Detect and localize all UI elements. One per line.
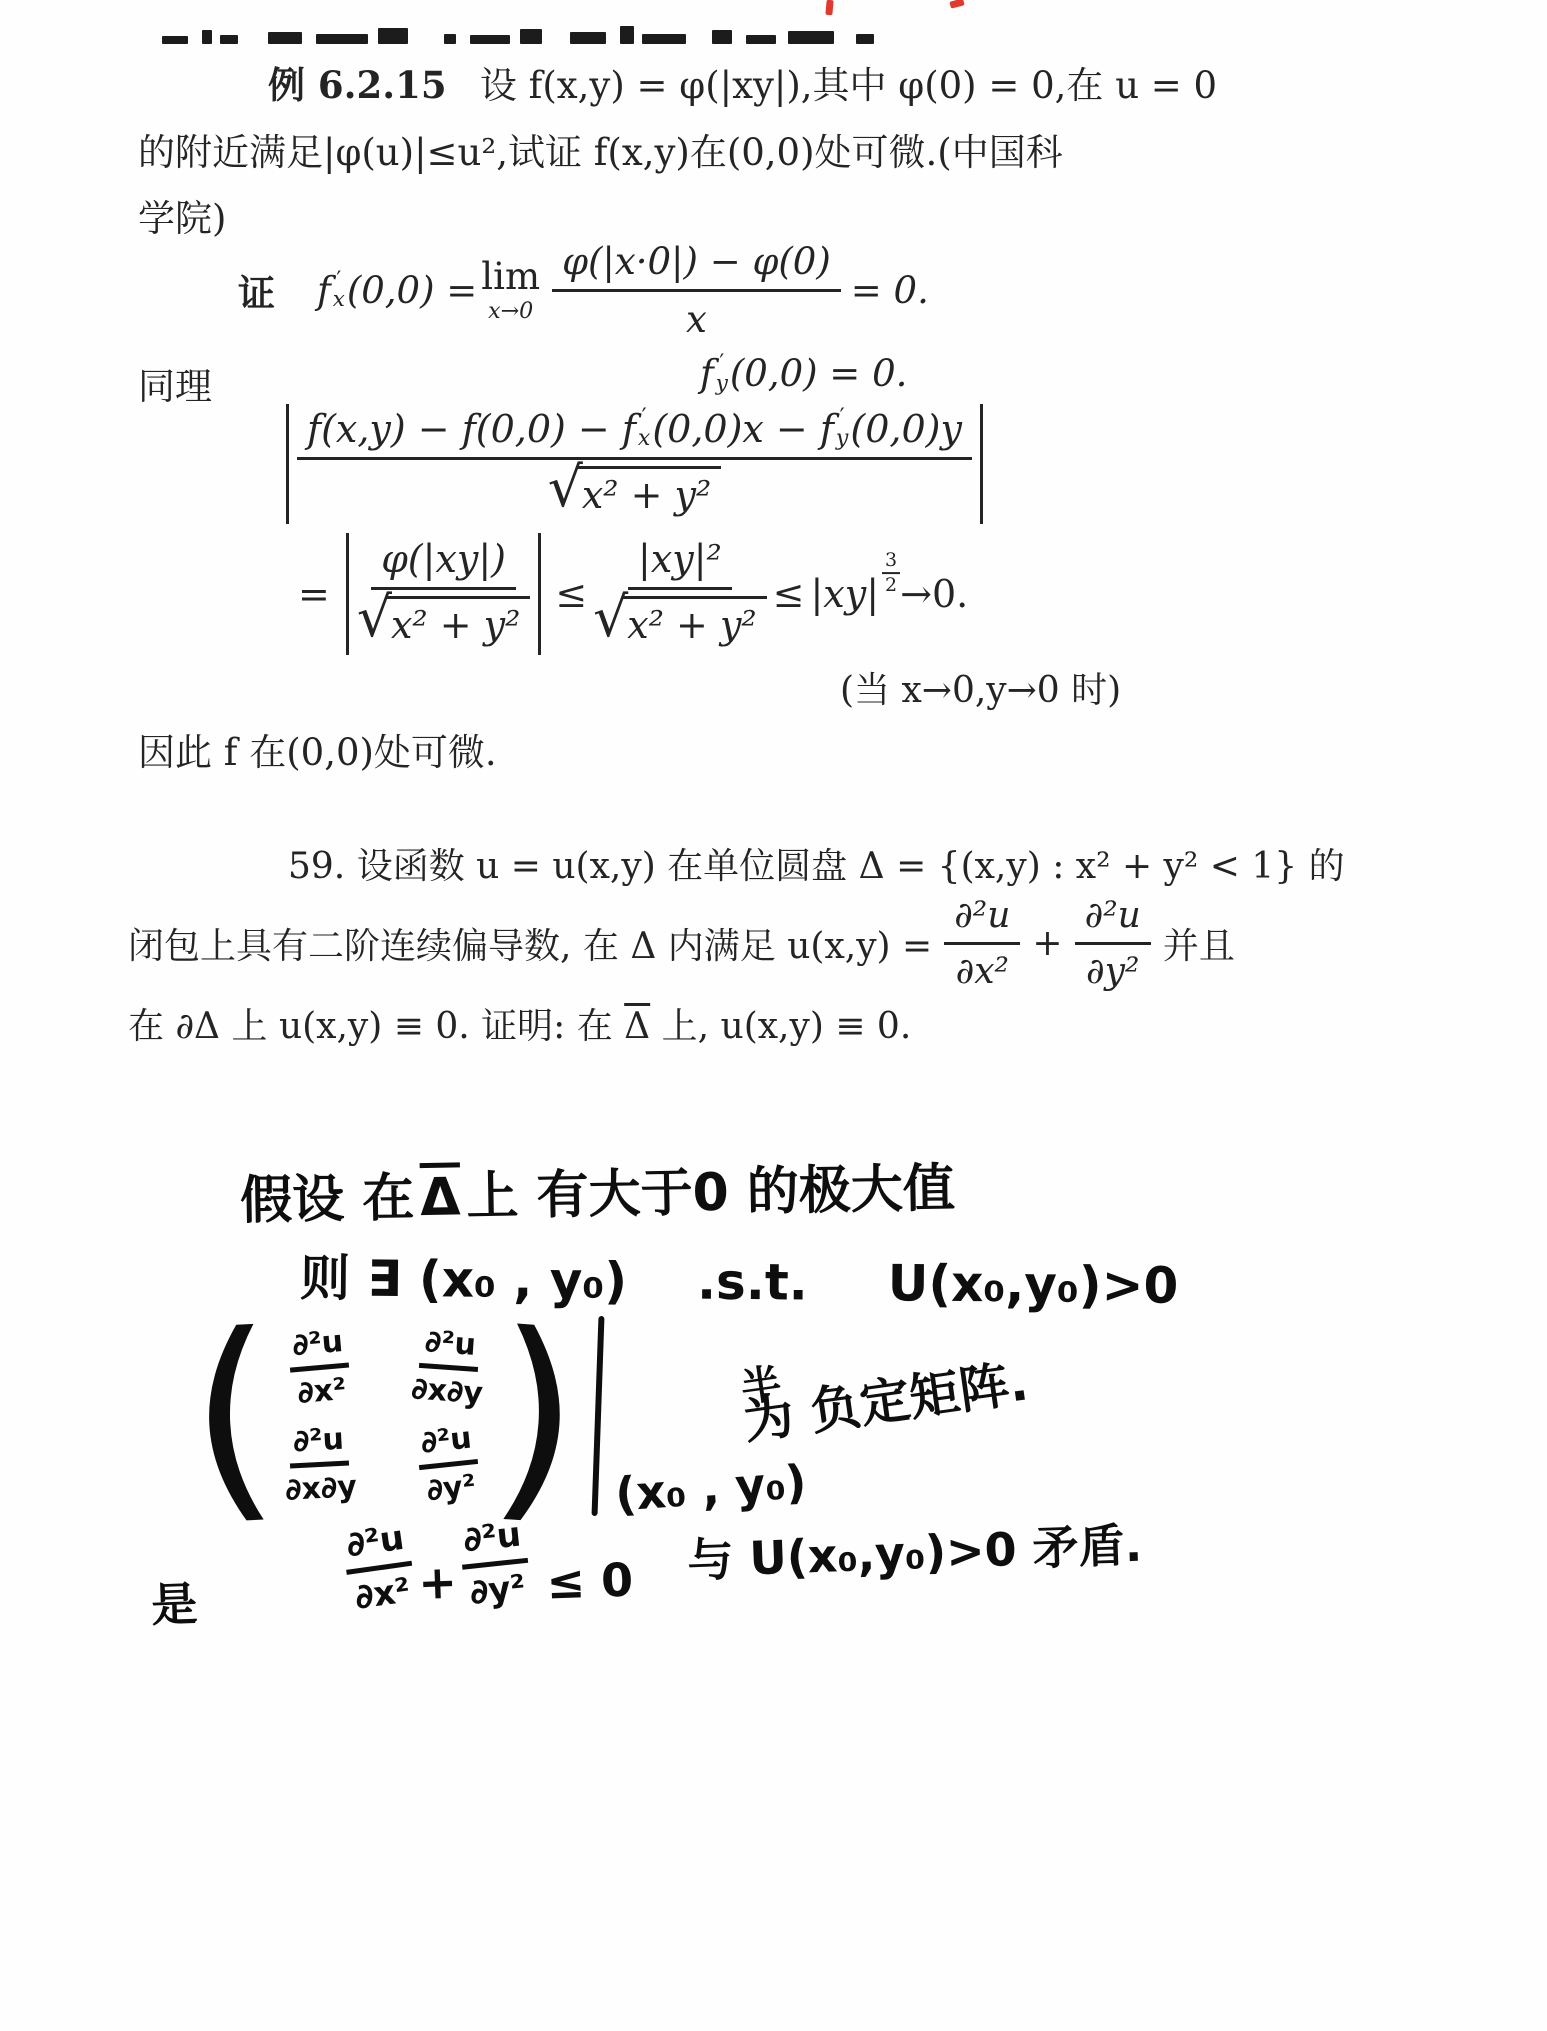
text-fragment	[746, 35, 776, 44]
text-fragment	[378, 28, 408, 44]
conclusion-line: 因此 f 在(0,0)处可微.	[138, 722, 497, 776]
exponent-three-halves: 3 2	[882, 551, 900, 595]
text-fragment	[620, 26, 634, 44]
red-pen-mark	[949, 0, 964, 9]
matrix-entry-21: ∂²u ∂x∂y	[282, 1421, 358, 1508]
fraction: ∂²u ∂y²	[458, 1514, 533, 1613]
fraction: ∂²u ∂y²	[1075, 895, 1151, 992]
fraction: f(x,y) − f(0,0) − f ′ x (0,0)x − f ′ y (…	[297, 407, 972, 521]
difference-quotient-expression: f(x,y) − f(0,0) − f ′ x (0,0)x − f ′ y (…	[278, 404, 991, 524]
example-line-2: 的附近满足|φ(u)|≤u²,试证 f(x,y)在(0,0)处可微.(中国科	[138, 122, 1063, 176]
text-fragment	[570, 32, 606, 44]
evaluation-bar	[591, 1316, 604, 1516]
prime-sub-stack: ′ y	[836, 408, 848, 450]
red-pen-mark	[825, 0, 833, 15]
text-fragment	[520, 29, 542, 44]
square-root: √ x² + y²	[548, 466, 721, 521]
proof-label: 证	[238, 263, 275, 317]
closure-delta: Δ	[420, 1167, 461, 1228]
text-fragment	[316, 34, 368, 44]
fraction: φ(|xy|) √ x² + y²	[357, 537, 530, 651]
example-label: 例 6.2.15	[268, 55, 447, 109]
fraction: |xy|² √ x² + y²	[593, 537, 766, 651]
closure-delta: Δ	[624, 1006, 650, 1047]
problem59-line-3: 在 ∂Δ 上 u(x,y) ≡ 0. 证明: 在 Δ 上, u(x,y) ≡ 0…	[128, 998, 911, 1049]
fraction: ∂²u ∂x²	[340, 1517, 418, 1618]
prime-sub-stack: ′ y	[716, 353, 728, 394]
square-root: √ x² + y²	[357, 596, 530, 651]
denominator: √ x² + y²	[593, 590, 766, 651]
right-paren: )	[486, 1318, 585, 1514]
abs-bar	[538, 533, 541, 655]
problem59-line-2: 闭包上具有二阶连续偏导数, 在 Δ 内满足 u(x,y) = ∂²u ∂x² +…	[128, 893, 1235, 993]
problem59-line-1: 59. 设函数 u = u(x,y) 在单位圆盘 Δ = {(x,y) : x²…	[288, 838, 1345, 889]
inserted-char: 半	[737, 1352, 785, 1414]
text-fragment	[642, 34, 686, 44]
text-fragment	[712, 30, 732, 44]
limit-operator: lim x→0	[481, 258, 540, 322]
abs-bar	[346, 533, 349, 655]
matrix-entry-22: ∂²u ∂y²	[409, 1419, 489, 1509]
fraction: ∂²u ∂x²	[944, 895, 1020, 992]
square-root: √ x² + y²	[593, 596, 766, 651]
handwritten-assumption-line: 假设 在 Δ 上 有大于0 的极大值	[239, 1146, 955, 1233]
example-line-3: 学院)	[138, 188, 226, 242]
text-fragment	[162, 36, 188, 44]
text-fragment	[788, 31, 834, 44]
example-text-1: 设 f(x,y) = φ(|xy|),其中 φ(0) = 0,在 u = 0	[480, 55, 1217, 109]
matrix-entries: ∂²u ∂x² ∂²u ∂x∂y ∂²u ∂x∂y ∂²u ∂y²	[284, 1326, 485, 1506]
text-fragment	[470, 35, 510, 44]
annotation-pre: 半 为	[740, 1384, 815, 1451]
example-line-1: 例 6.2.15 设 f(x,y) = φ(|xy|),其中 φ(0) = 0,…	[268, 55, 1217, 109]
text-fragment	[202, 30, 212, 44]
similarly-equation: f ′ y (0,0) = 0.	[700, 352, 907, 395]
denominator: √ x² + y²	[357, 590, 530, 651]
numerator: f(x,y) − f(0,0) − f ′ x (0,0)x − f ′ y (…	[297, 407, 972, 460]
text-fragment	[220, 35, 238, 44]
text-fragment	[856, 34, 874, 44]
text-fragment	[268, 32, 302, 44]
prime-sub-stack: ′ x	[333, 270, 345, 311]
text-fragment	[444, 34, 456, 44]
handwritten-hessian-block: ( ∂²u ∂x² ∂²u ∂x∂y ∂²u ∂x∂y ∂²u ∂y² ) (x…	[190, 1316, 806, 1516]
annotation-post: 负定矩阵.	[807, 1353, 1032, 1441]
denominator: √ x² + y²	[548, 460, 721, 521]
fraction: φ(|x·0|) − φ(0) x	[552, 240, 841, 341]
cutoff-text-fragments	[162, 20, 1032, 44]
scanned-textbook-page: 例 6.2.15 设 f(x,y) = φ(|xy|),其中 φ(0) = 0,…	[0, 0, 1547, 2031]
handwritten-exists-line: 则 ∃ (x₀ , y₀) .s.t. U(x₀,y₀)>0	[300, 1238, 1179, 1318]
estimate-chain-expression: = φ(|xy|) √ x² + y² ≤ |xy|² √ x² + y² ≤ …	[298, 533, 968, 655]
left-paren: (	[185, 1319, 281, 1513]
concl-head: 是	[150, 1567, 198, 1635]
similarly-label: 同理	[138, 356, 212, 410]
proof-equation-fx: 证 f ′ x (0,0) = lim x→0 φ(|x·0|) − φ(0) …	[238, 238, 929, 342]
prime-sub-stack: ′ x	[638, 408, 650, 450]
limit-condition-note: (当 x→0,y→0 时)	[840, 662, 1121, 713]
abs-bar	[980, 404, 983, 524]
matrix-entry-12: ∂²u ∂x∂y	[411, 1324, 488, 1412]
matrix-entry-11: ∂²u ∂x²	[280, 1323, 359, 1412]
abs-bar	[286, 404, 289, 524]
